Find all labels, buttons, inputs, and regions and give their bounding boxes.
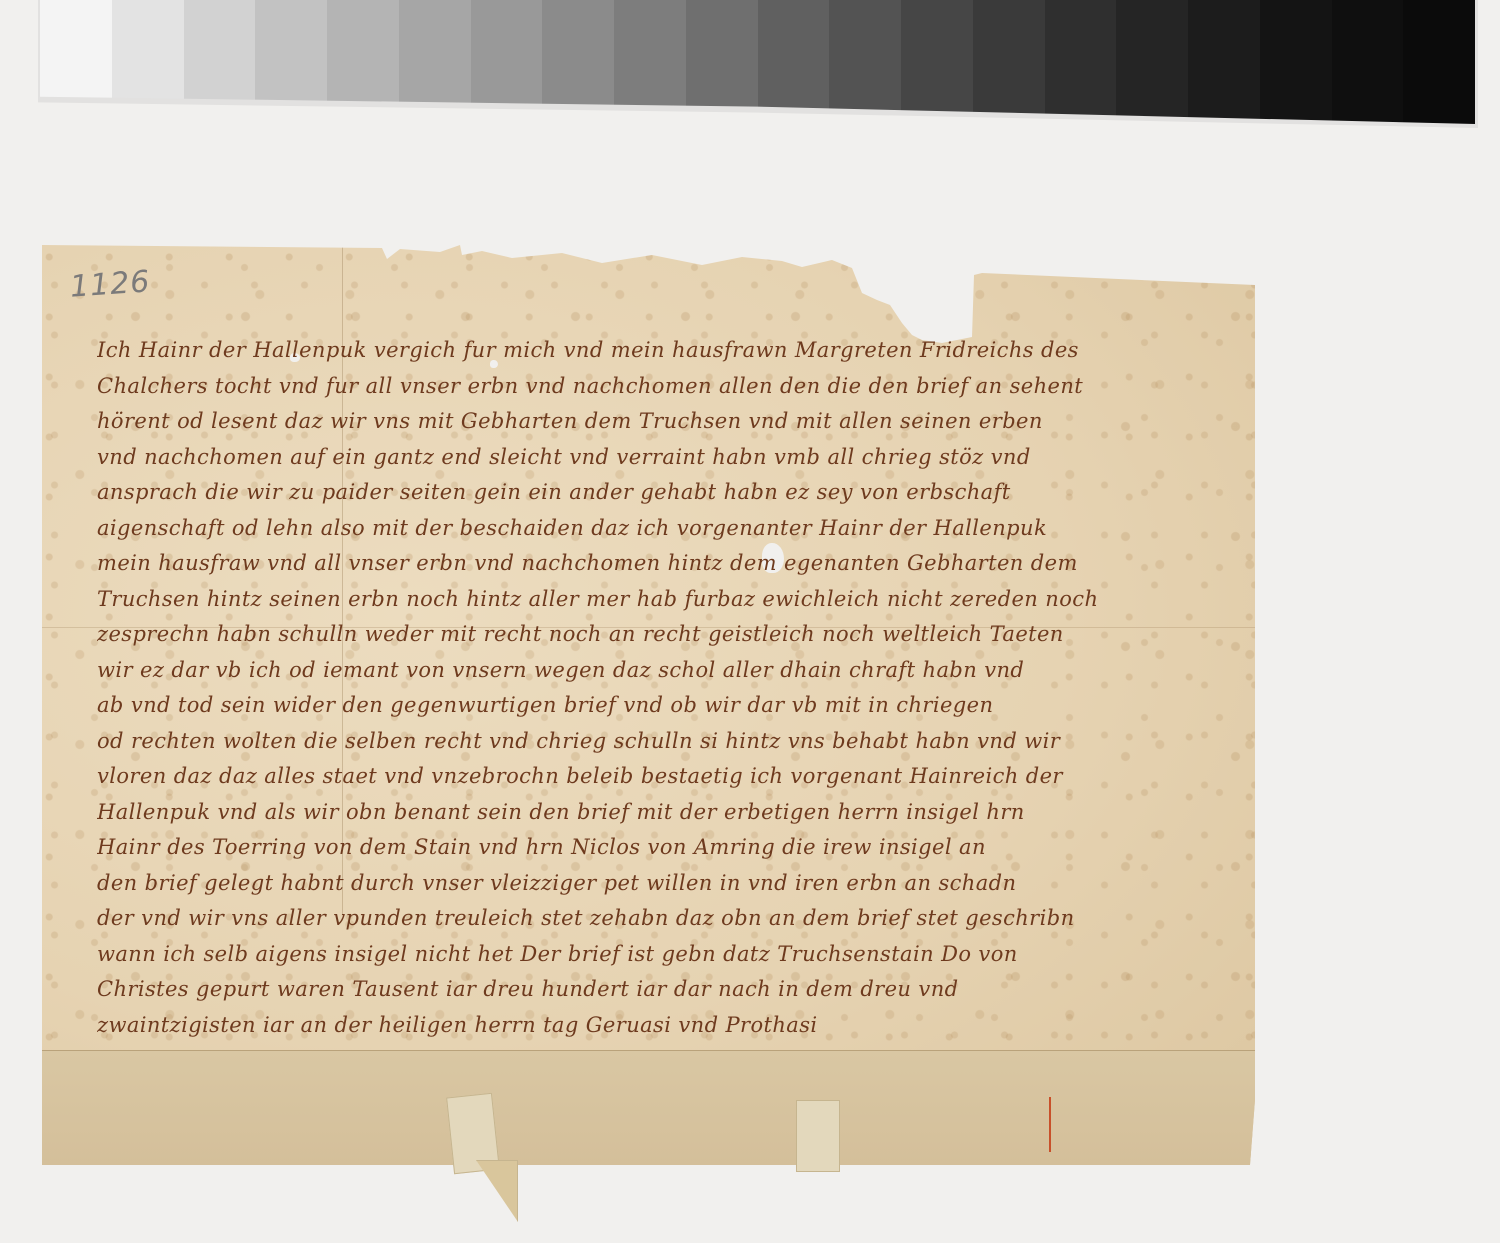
charter-text: Ich Hainr der Hallenpuk vergich fur mich…	[97, 333, 1237, 1043]
parchment-hole	[1332, 705, 1348, 717]
text-line: wir ez dar vb ich od iemant von vnsern w…	[97, 653, 1237, 689]
red-pencil-mark	[1049, 1097, 1051, 1152]
text-line: vloren daz daz alles staet vnd vnzebroch…	[97, 759, 1237, 795]
calibration-step	[973, 0, 1045, 124]
text-line: vnd nachchomen auf ein gantz end sleicht…	[97, 440, 1237, 476]
text-line: ab vnd tod sein wider den gegenwurtigen …	[97, 688, 1237, 724]
text-line: Christes gepurt waren Tausent iar dreu h…	[97, 972, 1237, 1008]
calibration-step	[1403, 0, 1475, 124]
plica-fold	[42, 1050, 1255, 1166]
text-line: der vnd wir vns aller vpunden treuleich …	[97, 901, 1237, 937]
calibration-step	[829, 0, 901, 124]
text-line: zesprechn habn schulln weder mit recht n…	[97, 617, 1237, 653]
calibration-step	[758, 0, 830, 124]
text-line: Ich Hainr der Hallenpuk vergich fur mich…	[97, 333, 1237, 369]
calibration-step	[1045, 0, 1117, 124]
text-line: ansprach die wir zu paider seiten gein e…	[97, 475, 1237, 511]
text-line: od rechten wolten die selben recht vnd c…	[97, 724, 1237, 760]
text-line: Chalchers tocht vnd fur all vnser erbn v…	[97, 369, 1237, 405]
archive-number: 1126	[69, 264, 152, 305]
parchment-charter: 1126 Ich Hainr der Hallenpuk vergich fur…	[42, 245, 1255, 1165]
text-line: aigenschaft od lehn also mit der beschai…	[97, 511, 1237, 547]
text-line: den brief gelegt habnt durch vnser vleiz…	[97, 866, 1237, 902]
text-line: zwaintzigisten iar an der heiligen herrn…	[97, 1008, 1237, 1044]
calibration-step	[1260, 0, 1332, 124]
text-line: wann ich selb aigens insigel nicht het D…	[97, 937, 1237, 973]
text-line: mein hausfraw vnd all vnser erbn vnd nac…	[97, 546, 1237, 582]
text-line: Truchsen hintz seinen erbn noch hintz al…	[97, 582, 1237, 618]
calibration-step	[686, 0, 758, 124]
calibration-step	[1116, 0, 1188, 124]
calibration-step	[112, 0, 184, 124]
text-line: Hallenpuk vnd als wir obn benant sein de…	[97, 795, 1237, 831]
calibration-step	[184, 0, 256, 124]
seal-tag-right	[796, 1100, 840, 1172]
text-line: Hainr des Toerring von dem Stain vnd hrn…	[97, 830, 1237, 866]
calibration-step	[1332, 0, 1404, 124]
text-line: hörent od lesent daz wir vns mit Gebhart…	[97, 404, 1237, 440]
calibration-step	[40, 0, 112, 124]
calibration-step	[901, 0, 973, 124]
calibration-step	[1188, 0, 1260, 124]
